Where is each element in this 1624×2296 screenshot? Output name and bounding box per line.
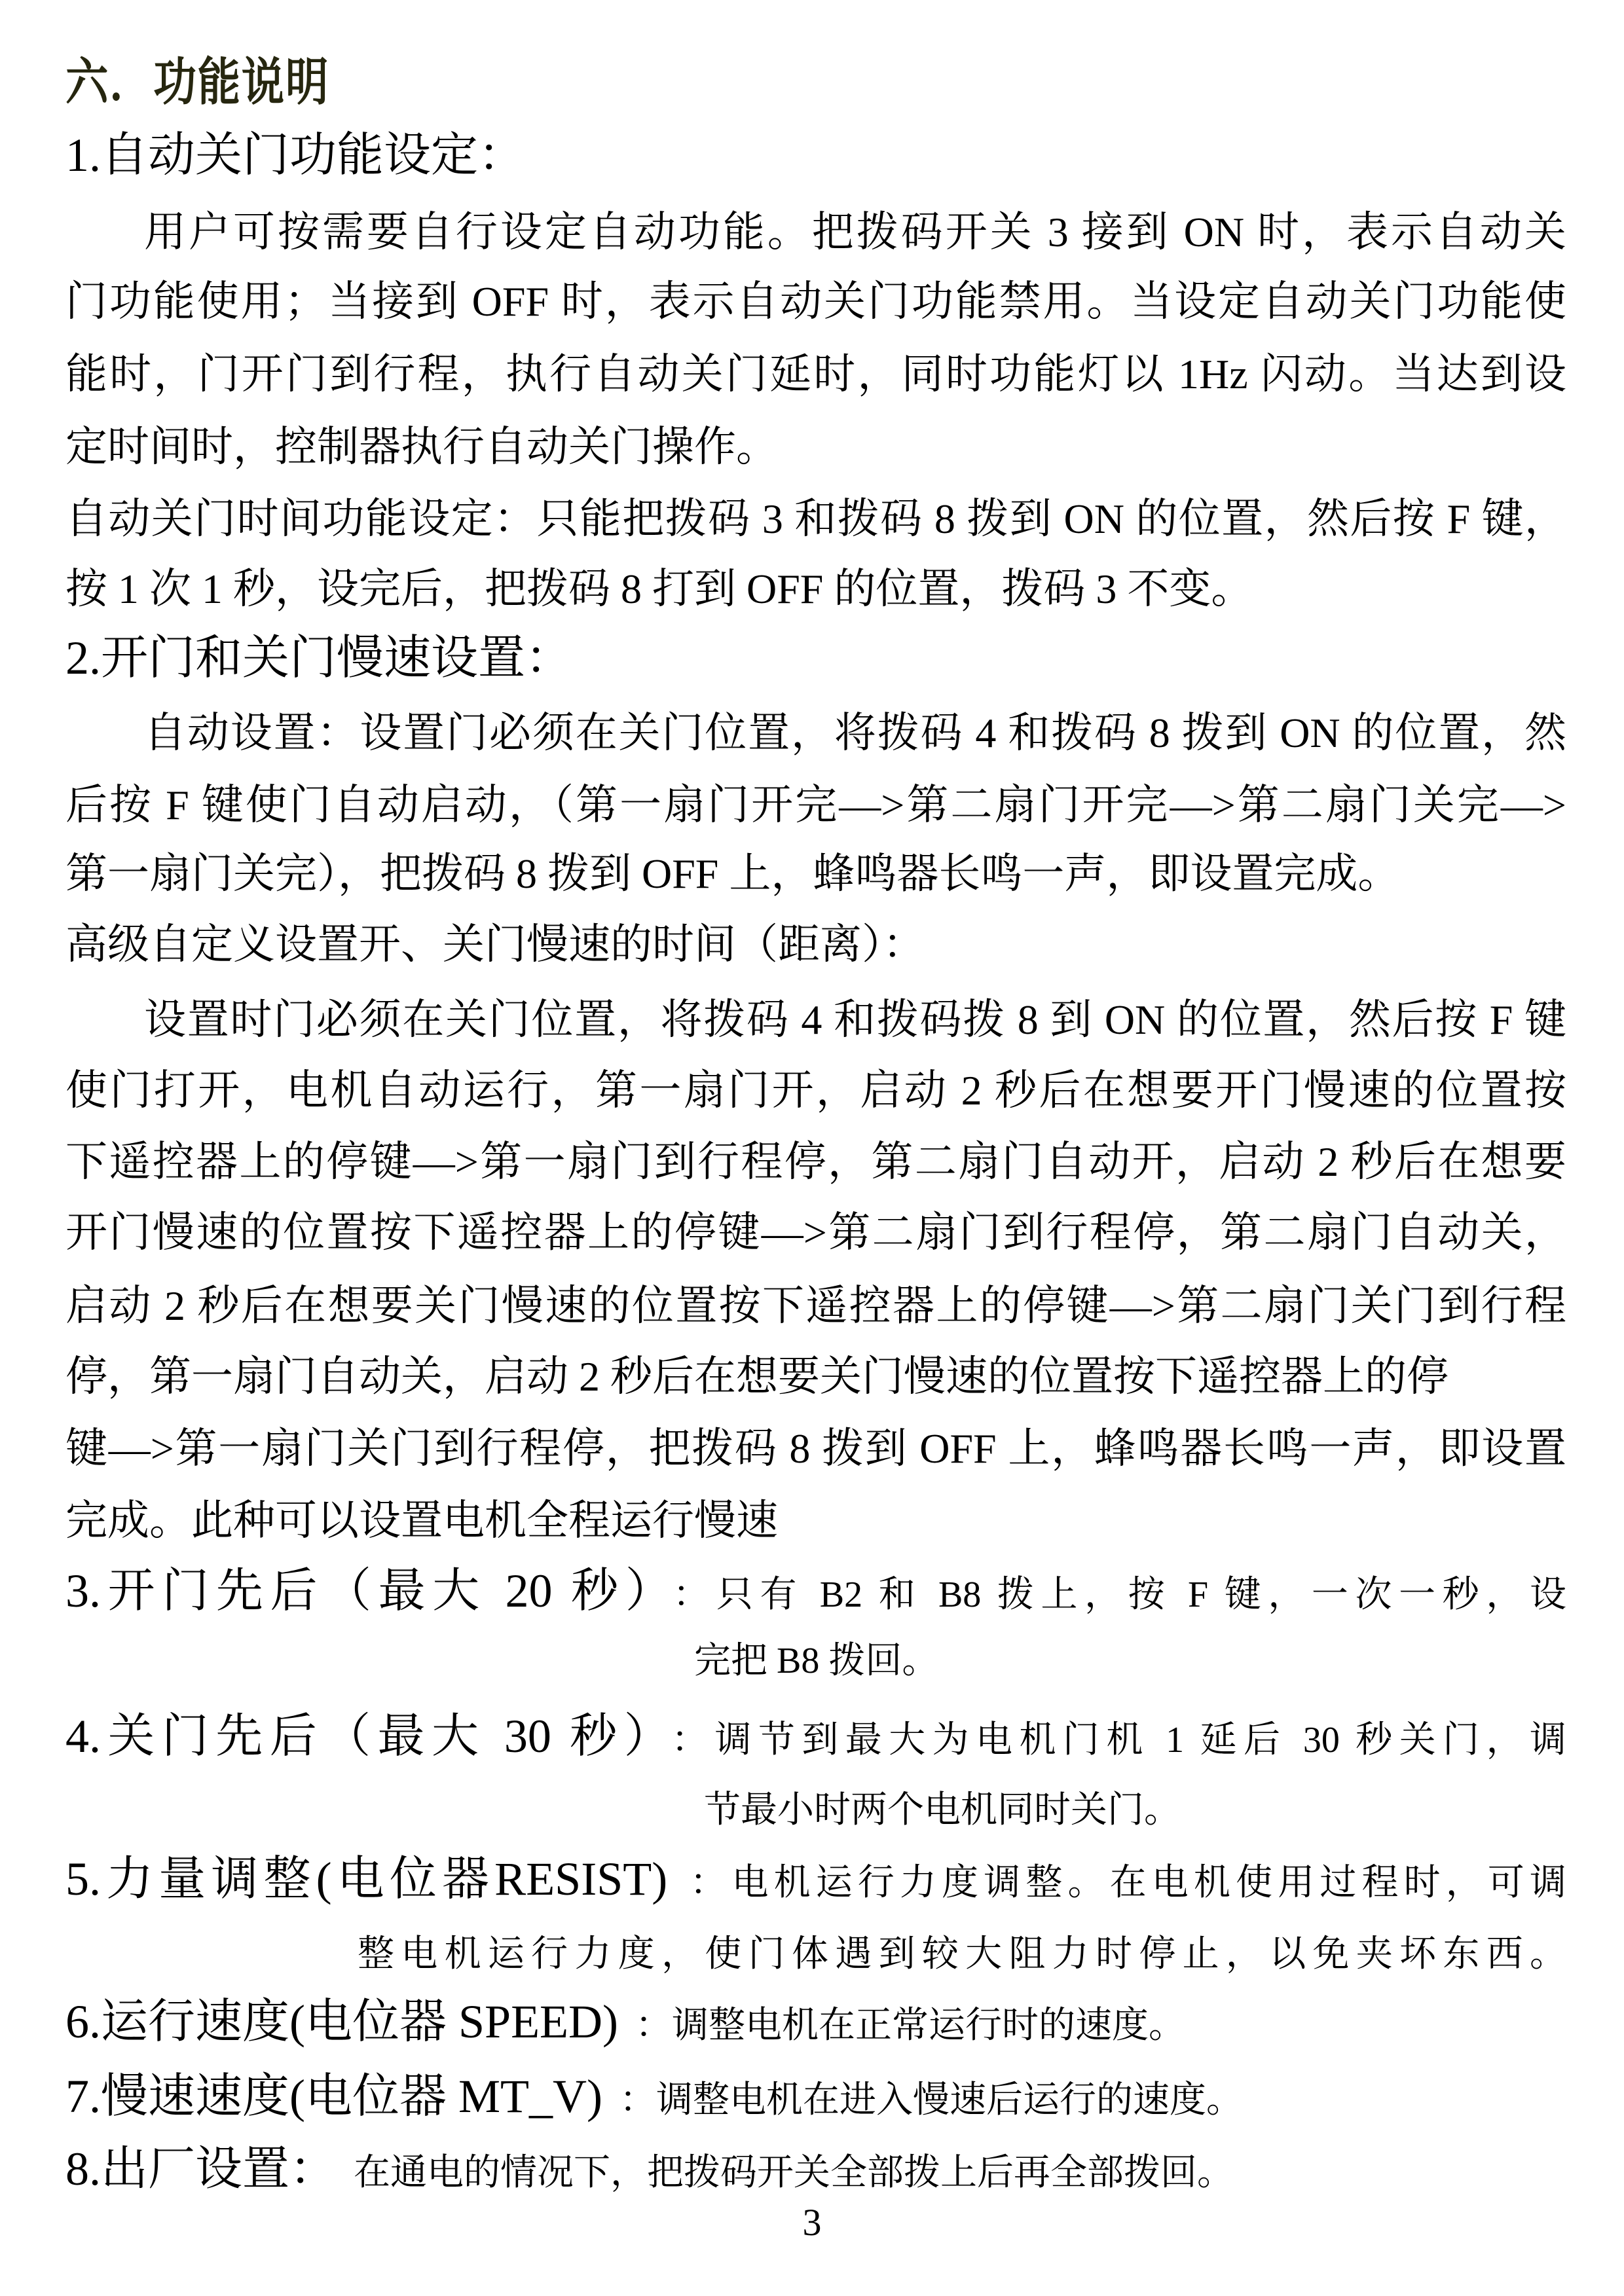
section-2-paragraph-1-line-2: 后按 F 键使门自动启动，（第一扇门开完—>第二扇门开完—>第二扇门关完—> — [65, 769, 1566, 841]
section-2-paragraph-3-line-8: 完成。此种可以设置电机全程运行慢速 — [65, 1485, 1566, 1557]
section-4-line-1: 4.关门先后（最大 30 秒）：调节到最大为电机门机 1 延后 30 秒关门，调 — [65, 1700, 1566, 1772]
section-5-line-1: 5.力量调整(电位器RESIST)：电机运行力度调整。在电机使用过程时，可调 — [65, 1843, 1566, 1915]
section-6-desc: ：调整电机在正常运行时的速度。 — [635, 2005, 1185, 2046]
section-2-paragraph-3-line-3: 下遥控器上的停键—>第一扇门到行程停，第二扇门自动开，启动 2 秒后在想要 — [65, 1126, 1566, 1198]
section-7-desc: ：调整电机在进入慢速后运行的速度。 — [619, 2080, 1243, 2121]
section-2-paragraph-3-line-1: 设置时门必须在关门位置，将拨码 4 和拨码拨 8 到 ON 的位置，然后按 F … — [65, 984, 1566, 1056]
section-1-paragraph-1-line-1: 用户可按需要自行设定自动功能。把拨码开关 3 接到 ON 时，表示自动关 — [65, 196, 1566, 268]
section-7-line: 7.慢速速度(电位器 MT_V)：调整电机在进入慢速后运行的速度。 — [65, 2060, 1566, 2132]
section-2-paragraph-1-line-1: 自动设置：设置门必须在关门位置，将拨码 4 和拨码 8 拨到 ON 的位置，然 — [65, 697, 1566, 769]
section-2-paragraph-3-line-2: 使门打开，电机自动运行，第一扇门开，启动 2 秒后在想要开门慢速的位置按 — [65, 1055, 1566, 1127]
section-3-line-1: 3.开门先后（最大 20 秒）：只有 B2 和 B8 拨上，按 F 键，一次一秒… — [65, 1555, 1566, 1627]
section-1-paragraph-2-line-1: 自动关门时间功能设定：只能把拨码 3 和拨码 8 拨到 ON 的位置，然后按 F… — [65, 483, 1566, 555]
section-2-paragraph-3-line-4: 开门慢速的位置按下遥控器上的停键—>第二扇门到行程停，第二扇门自动关， — [65, 1197, 1566, 1269]
section-1-paragraph-2-line-2: 按 1 次 1 秒，设完后，把拨码 8 打到 OFF 的位置，拨码 3 不变。 — [65, 553, 1566, 625]
section-2-paragraph-1-line-3: 第一扇门关完），把拨码 8 拨到 OFF 上，蜂鸣器长鸣一声，即设置完成。 — [65, 838, 1566, 910]
section-1-paragraph-1-line-4: 定时间时，控制器执行自动关门操作。 — [65, 411, 1566, 483]
section-6-line: 6.运行速度(电位器 SPEED)：调整电机在正常运行时的速度。 — [65, 1986, 1566, 2058]
section-2-paragraph-3-line-6: 停，第一扇门自动关，启动 2 秒后在想要关门慢速的位置按下遥控器上的停 — [65, 1341, 1566, 1413]
section-5-desc-line-1: ：电机运行力度调整。在电机使用过程时，可调 — [684, 1863, 1566, 1903]
section-3-desc-line-1: ：只有 B2 和 B8 拨上，按 F 键，一次一秒，设 — [673, 1575, 1566, 1615]
section-2-paragraph-3-line-5: 启动 2 秒后在想要关门慢速的位置按下遥控器上的停键—>第二扇门关门到行程 — [65, 1270, 1566, 1342]
section-1-paragraph-1-line-2: 门功能使用；当接到 OFF 时，表示自动关门功能禁用。当设定自动关门功能使 — [65, 266, 1566, 338]
chapter-title: 六．功能说明 — [65, 43, 1566, 121]
section-2-heading: 2.开门和关门慢速设置： — [65, 622, 1566, 694]
section-4-desc-line-2: 节最小时两个电机同时关门。 — [65, 1774, 1566, 1846]
section-5-desc-line-2: 整电机运行力度，使门体遇到较大阻力时停止，以免夹坏东西。 — [65, 1918, 1566, 1990]
section-3-desc-line-2: 完把 B8 拨回。 — [65, 1625, 1566, 1697]
chapter-title-text: 六．功能说明 — [65, 43, 329, 121]
manual-page: { "colors": { "title_text": "#26260f", "… — [0, 0, 1624, 2296]
section-6-heading: 6.运行速度(电位器 SPEED) — [65, 1995, 618, 2048]
section-1-paragraph-1-line-3: 能时，门开门到行程，执行自动关门延时，同时功能灯以 1Hz 闪动。当达到设 — [65, 338, 1566, 410]
section-3-heading: 3.开门先后（最大 20 秒） — [65, 1565, 655, 1617]
section-1-heading: 1.自动关门功能设定： — [65, 119, 1566, 191]
page-number: 3 — [0, 2187, 1624, 2259]
section-4-desc-line-1: ：调节到最大为电机门机 1 延后 30 秒关门，调 — [671, 1720, 1566, 1760]
section-7-heading: 7.慢速速度(电位器 MT_V) — [65, 2070, 602, 2123]
section-5-heading: 5.力量调整(电位器RESIST) — [65, 1853, 667, 1905]
section-4-heading: 4.关门先后（最大 30 秒） — [65, 1710, 654, 1762]
section-2-paragraph-3-line-7: 键—>第一扇门关门到行程停，把拨码 8 拨到 OFF 上，蜂鸣器长鸣一声，即设置 — [65, 1413, 1566, 1485]
section-2-subheading-advanced: 高级自定义设置开、关门慢速的时间（距离）： — [65, 909, 1566, 981]
